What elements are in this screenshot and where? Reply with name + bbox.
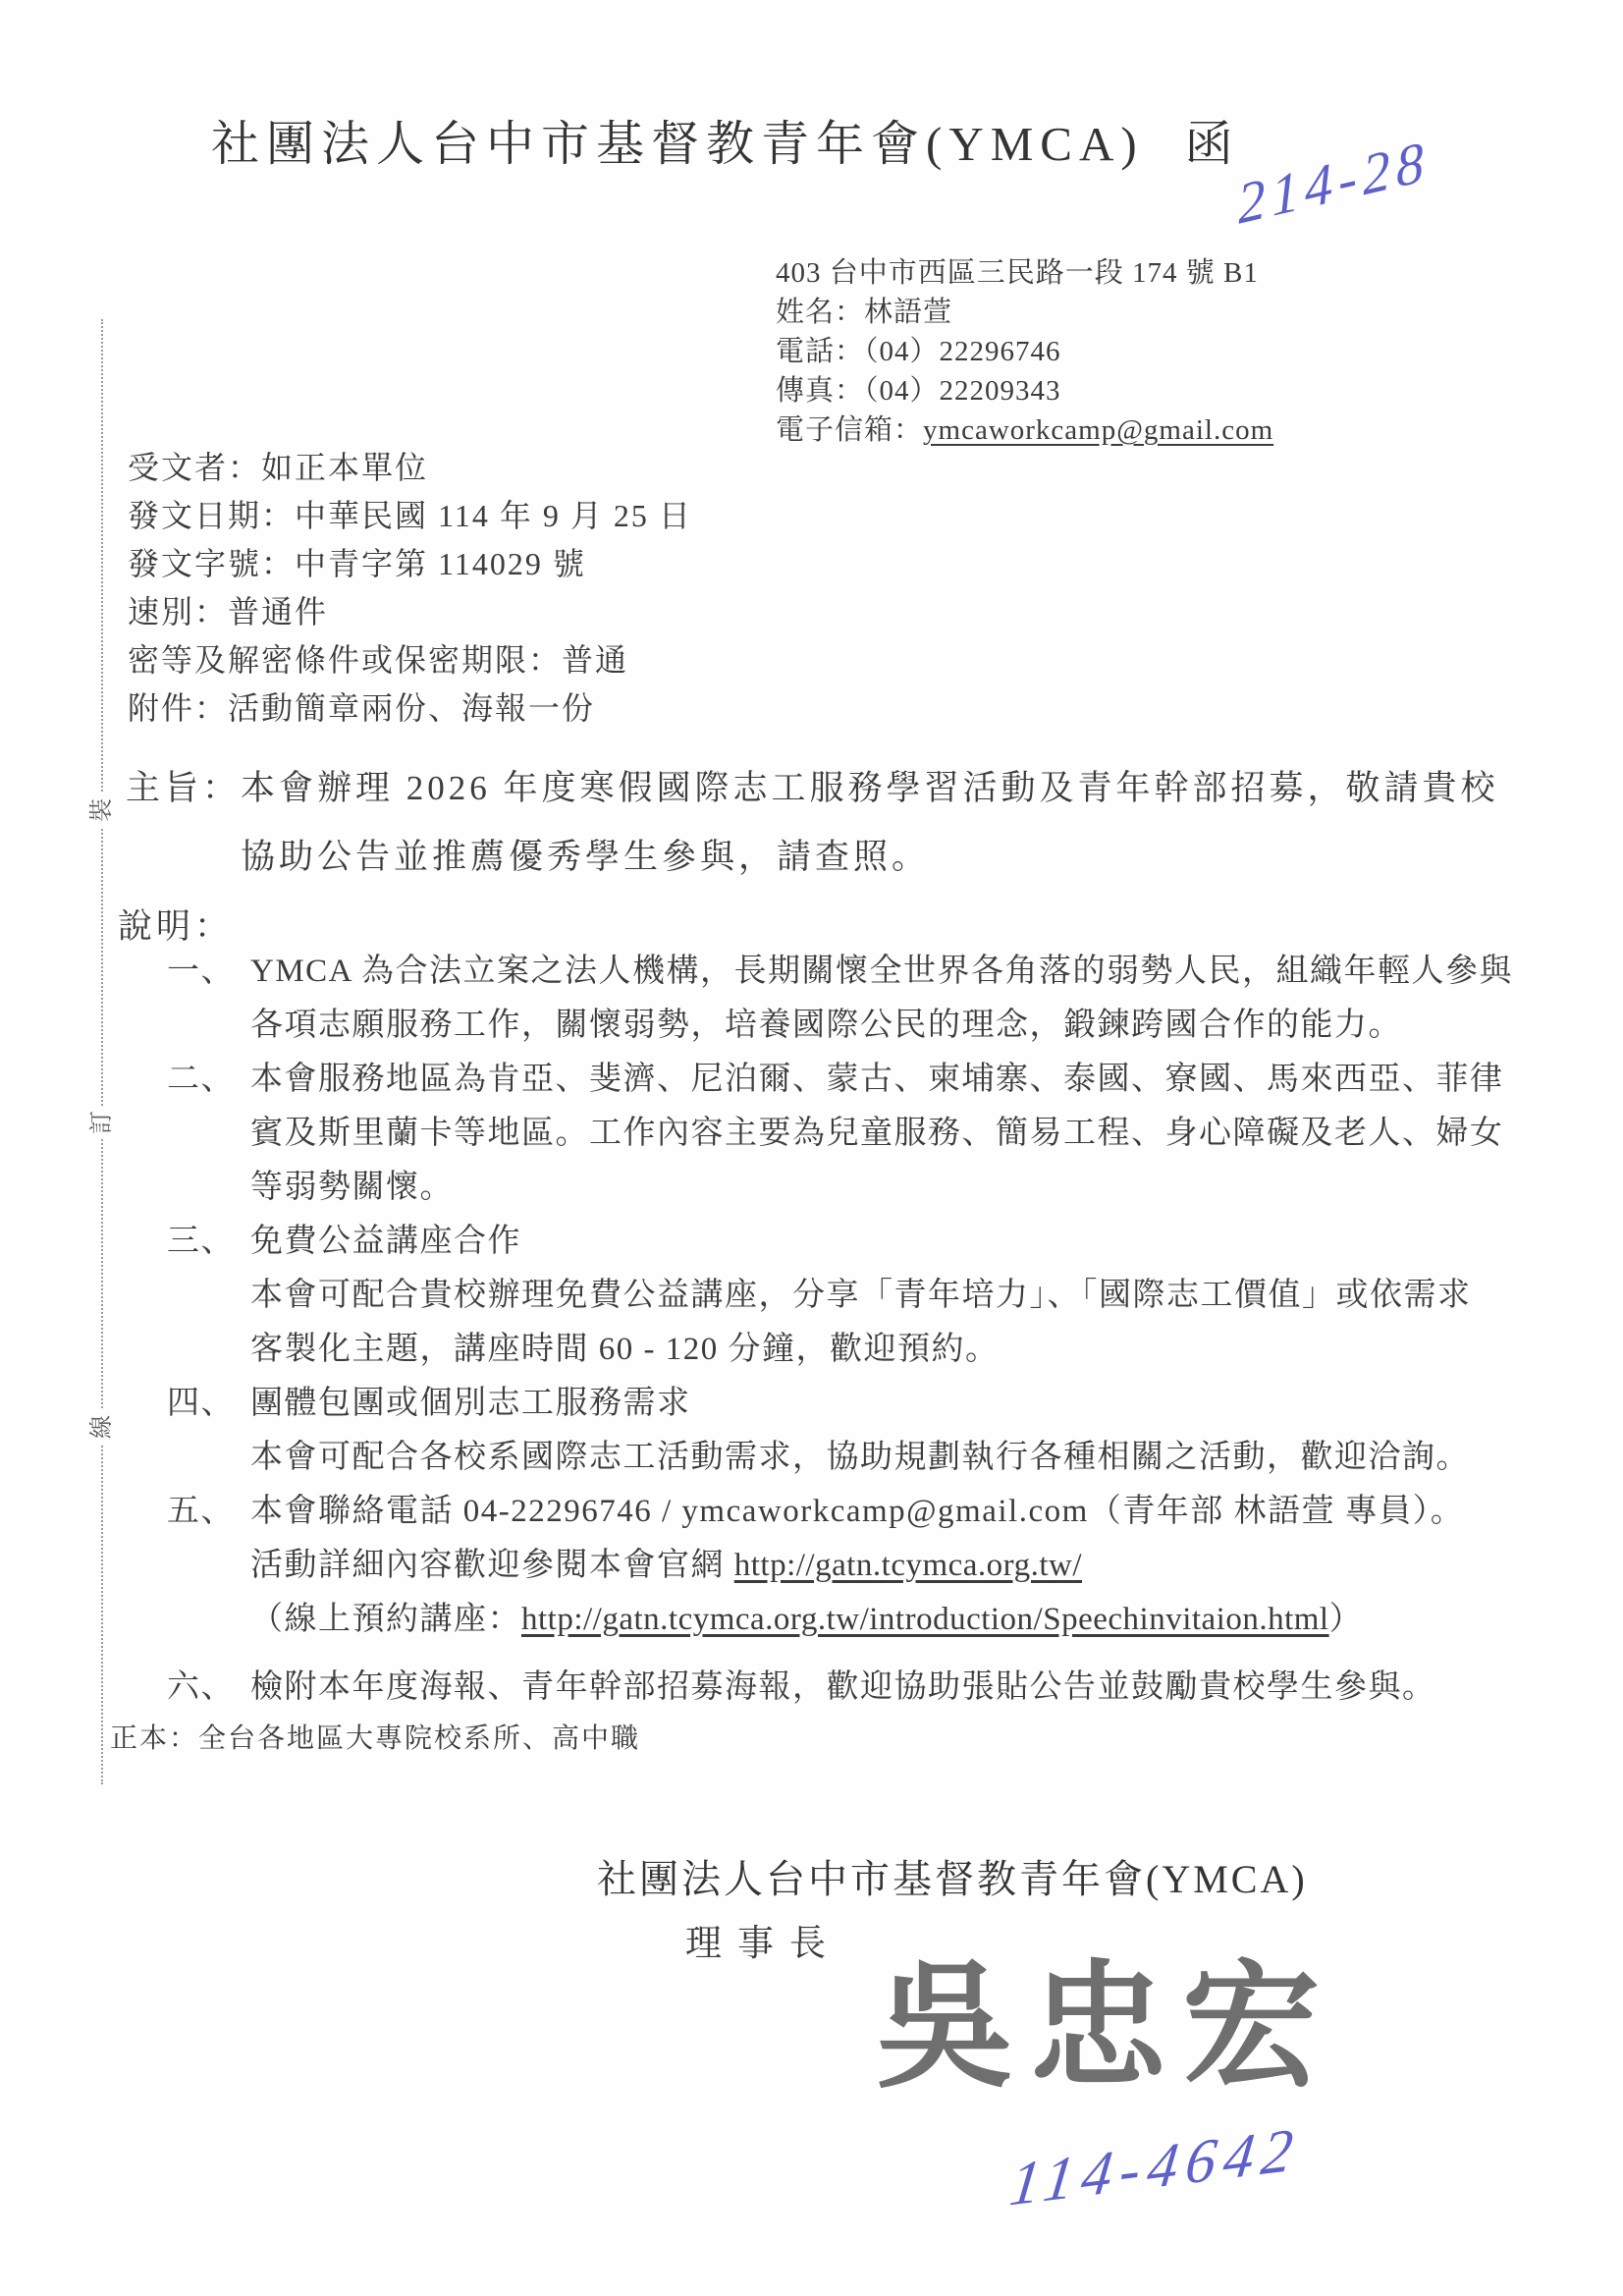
subject-label: 主旨： xyxy=(126,754,241,892)
item-body: YMCA 為合法立案之法人機構，長期關懷全世界各角落的弱勢人民，組織年輕人參與 … xyxy=(250,945,1522,1053)
explanation-item-1: 一、 YMCA 為合法立案之法人機構，長期關懷全世界各角落的弱勢人民，組織年輕人… xyxy=(167,945,1522,1053)
sender-address: 403 台中市西區三民路一段 174 號 B1 xyxy=(776,253,1273,293)
subject-line: 協助公告並推薦優秀學生參與，請查照。 xyxy=(241,823,1499,892)
item-number: 六、 xyxy=(167,1661,250,1715)
document-meta-block: 受文者：如正本單位 發文日期：中華民國 114 年 9 月 25 日 發文字號：… xyxy=(128,444,692,733)
item-body: 本會聯絡電話 04-22296746 / ymcaworkcamp@gmail.… xyxy=(250,1485,1522,1647)
explanation-item-6: 六、 檢附本年度海報、青年幹部招募海報，歡迎協助張貼公告並鼓勵貴校學生參與。 xyxy=(167,1661,1522,1715)
meta-attachments: 附件：活動簡章兩份、海報一份 xyxy=(128,684,692,733)
item-line: 等弱勢關懷。 xyxy=(250,1161,1522,1215)
explanation-item-3: 三、 免費公益講座合作 本會可配合貴校辦理免費公益講座，分享「青年培力」、「國際… xyxy=(167,1215,1522,1377)
item-body: 免費公益講座合作 本會可配合貴校辦理免費公益講座，分享「青年培力」、「國際志工價… xyxy=(250,1215,1522,1377)
signer-title: 理事長 xyxy=(685,1913,841,1966)
handwritten-ref-top: 214-28 xyxy=(1236,127,1432,238)
explanation-item-5: 五、 本會聯絡電話 04-22296746 / ymcaworkcamp@gma… xyxy=(167,1485,1522,1647)
item-line-with-link: 活動詳細內容歡迎參閱本會官網 http://gatn.tcymca.org.tw… xyxy=(250,1539,1522,1593)
item-line-text: ） xyxy=(1329,1602,1364,1637)
footer-org-name: 社團法人台中市基督教青年會(YMCA) xyxy=(597,1848,1308,1904)
item-line: 檢附本年度海報、青年幹部招募海報，歡迎協助張貼公告並鼓勵貴校學生參與。 xyxy=(250,1661,1522,1715)
item-line: 本會可配合各校系國際志工活動需求，協助規劃執行各種相關之活動，歡迎洽詢。 xyxy=(250,1431,1522,1485)
subject-line: 本會辦理 2026 年度寒假國際志工服務學習活動及青年幹部招募，敬請貴校 xyxy=(241,754,1499,823)
meta-security: 密等及解密條件或保密期限：普通 xyxy=(128,636,692,684)
item-body: 檢附本年度海報、青年幹部招募海報，歡迎協助張貼公告並鼓勵貴校學生參與。 xyxy=(250,1661,1522,1715)
sender-phone: 電話：（04）22296746 xyxy=(776,332,1273,371)
item-line: 本會可配合貴校辦理免費公益講座，分享「青年培力」、「國際志工價值」或依需求 xyxy=(250,1269,1522,1323)
item-number: 三、 xyxy=(167,1215,250,1377)
sender-email: ymcaworkcamp@gmail.com xyxy=(923,414,1273,446)
item-line: 本會服務地區為肯亞、斐濟、尼泊爾、蒙古、柬埔寨、泰國、寮國、馬來西亞、菲律 xyxy=(250,1053,1522,1107)
explanation-item-4: 四、 團體包團或個別志工服務需求 本會可配合各校系國際志工活動需求，協助規劃執行… xyxy=(167,1377,1522,1485)
binding-mark-zhuang: 裝 xyxy=(85,793,119,827)
explanation-items: 一、 YMCA 為合法立案之法人機構，長期關懷全世界各角落的弱勢人民，組織年輕人… xyxy=(167,945,1522,1715)
item-line: 客製化主題，講座時間 60 - 120 分鐘，歡迎預約。 xyxy=(250,1323,1522,1377)
subject-section: 主旨： 本會辦理 2026 年度寒假國際志工服務學習活動及青年幹部招募，敬請貴校… xyxy=(126,754,1499,892)
item-number: 一、 xyxy=(167,945,250,1053)
item-line: 免費公益講座合作 xyxy=(250,1215,1522,1269)
item-number: 二、 xyxy=(167,1053,250,1215)
explanation-item-2: 二、 本會服務地區為肯亞、斐濟、尼泊爾、蒙古、柬埔寨、泰國、寮國、馬來西亞、菲律… xyxy=(167,1053,1522,1215)
explanation-label: 說明： xyxy=(118,900,233,949)
item-line-text: 活動詳細內容歡迎參閱本會官網 xyxy=(250,1548,734,1583)
item-line-with-link: （線上預約講座：http://gatn.tcymca.org.tw/introd… xyxy=(250,1593,1522,1647)
item-body: 團體包團或個別志工服務需求 本會可配合各校系國際志工活動需求，協助規劃執行各種相… xyxy=(250,1377,1522,1485)
binding-mark-ding: 訂 xyxy=(85,1106,119,1139)
doc-type-label: 函 xyxy=(1185,106,1233,175)
subject-text: 本會辦理 2026 年度寒假國際志工服務學習活動及青年幹部招募，敬請貴校 協助公… xyxy=(241,754,1499,892)
item-body: 本會服務地區為肯亞、斐濟、尼泊爾、蒙古、柬埔寨、泰國、寮國、馬來西亞、菲律 賓及… xyxy=(250,1053,1522,1215)
item-line-text: （線上預約講座： xyxy=(250,1602,521,1637)
chairman-signature-stamp: 吳忠宏 xyxy=(876,1917,1335,2114)
item-line: 各項志願服務工作，關懷弱勢，培養國際公民的理念，鍛鍊跨國合作的能力。 xyxy=(250,999,1522,1053)
item-line: YMCA 為合法立案之法人機構，長期關懷全世界各角落的弱勢人民，組織年輕人參與 xyxy=(250,945,1522,999)
handwritten-ref-bottom: 114-4642 xyxy=(1006,2114,1305,2221)
binding-dotted-line xyxy=(101,319,103,1784)
sender-contact-block: 403 台中市西區三民路一段 174 號 B1 姓名：林語萱 電話：（04）22… xyxy=(776,253,1273,450)
binding-mark-xian: 線 xyxy=(85,1410,119,1444)
sender-fax: 傳真：（04）22209343 xyxy=(776,371,1273,410)
org-name-title: 社團法人台中市基督教青年會(YMCA) xyxy=(211,106,1144,175)
scanned-letter-page: 裝 訂 線 社團法人台中市基督教青年會(YMCA) 函 214-28 403 台… xyxy=(0,0,1623,2296)
meta-recipient: 受文者：如正本單位 xyxy=(128,444,692,492)
meta-priority: 速別：普通件 xyxy=(128,588,692,636)
item-line: 賓及斯里蘭卡等地區。工作內容主要為兒童服務、簡易工程、身心障礙及老人、婦女 xyxy=(250,1107,1522,1161)
sender-email-line: 電子信箱：ymcaworkcamp@gmail.com xyxy=(776,410,1273,450)
item-line: 團體包團或個別志工服務需求 xyxy=(250,1377,1522,1431)
item-line: 本會聯絡電話 04-22296746 / ymcaworkcamp@gmail.… xyxy=(250,1485,1522,1539)
speech-invitation-url: http://gatn.tcymca.org.tw/introduction/S… xyxy=(521,1602,1329,1637)
document-header: 社團法人台中市基督教青年會(YMCA) 函 xyxy=(211,106,1233,175)
sender-contact-name: 姓名：林語萱 xyxy=(776,293,1273,332)
item-number: 四、 xyxy=(167,1377,250,1485)
item-number: 五、 xyxy=(167,1485,250,1647)
sender-email-label: 電子信箱： xyxy=(776,414,923,446)
meta-doc-number: 發文字號：中青字第 114029 號 xyxy=(128,540,692,588)
distribution-line: 正本：全台各地區大專院校系所、高中職 xyxy=(110,1717,640,1756)
meta-issue-date: 發文日期：中華民國 114 年 9 月 25 日 xyxy=(128,492,692,540)
website-url: http://gatn.tcymca.org.tw/ xyxy=(734,1548,1082,1583)
